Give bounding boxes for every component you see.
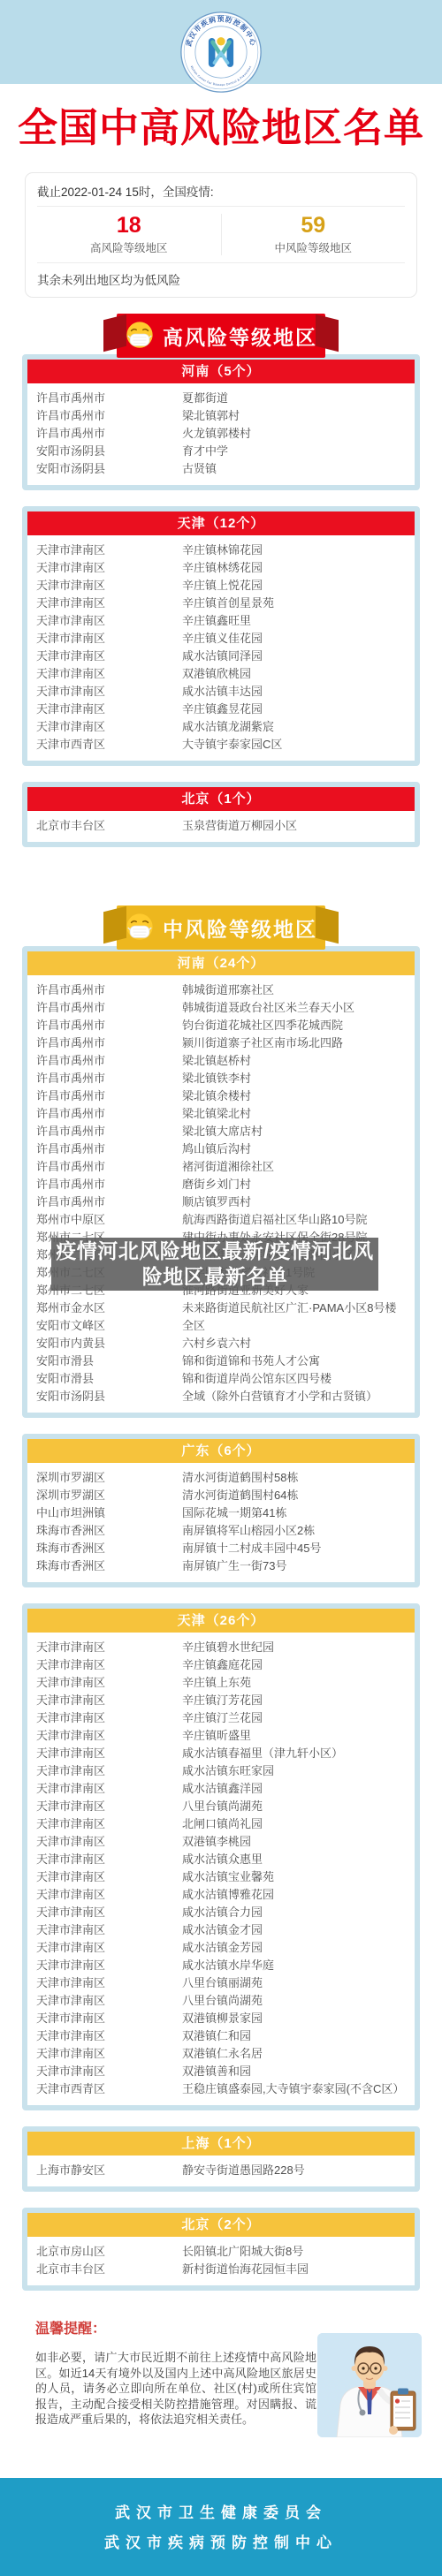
area-cell: 辛庄镇首创星景苑 [182,595,406,612]
area-cell: 辛庄镇碧水世纪园 [182,1639,406,1656]
region-cell: 许昌市禹州市 [36,1105,182,1123]
region-cell: 安阳市滑县 [36,1352,182,1370]
list-item: 天津市津南区咸水沽镇宝业馨苑 [36,1868,406,1886]
list-item: 许昌市禹州市韩城街道邢寨社区 [36,981,406,999]
list-item: 天津市津南区辛庄镇林绣花园 [36,559,406,577]
province-header: 广东（6个） [27,1439,415,1463]
area-cell: 韩城街道邢寨社区 [182,981,406,999]
region-cell: 许昌市禹州市 [36,1158,182,1176]
region-cell: 郑州市中原区 [36,1211,182,1229]
region-cell: 许昌市禹州市 [36,1176,182,1193]
list-item: 许昌市禹州市梁北镇郭村 [36,407,406,425]
list-item: 天津市津南区双港镇欣桃园 [36,665,406,683]
region-cell: 许昌市禹州市 [36,1017,182,1034]
list-item: 天津市西青区王稳庄镇盛泰园,大寺镇宇泰家园(不含C区） [36,2080,406,2098]
region-cell: 天津市津南区 [36,630,182,648]
region-cell: 北京市丰台区 [36,2261,182,2278]
area-cell: 航海西路街道启福社区华山路10号院 [182,1211,406,1229]
list-item: 许昌市禹州市梁北镇铁李村 [36,1070,406,1087]
list-item: 许昌市禹州市颍川街道寨子社区南市场北四路 [36,1034,406,1052]
page: 武汉市疾病预防控制中心 Wuhan Center For Disease Con… [0,0,442,2576]
list-item: 许昌市禹州市梁北镇余楼村 [36,1087,406,1105]
area-cell: 顺店镇罗西村 [182,1193,406,1211]
reminder-block: 温馨提醒： 如非必要，请广大市民近期不前往上述疫情中高风险地区。如近14天有境外… [35,2317,407,2451]
list-item: 天津市津南区咸水沽镇丰达园 [36,683,406,701]
area-cell: 磨街乡刘门村 [182,1176,406,1193]
region-cell: 天津市西青区 [36,736,182,754]
area-cell: 鸠山镇后沟村 [182,1140,406,1158]
region-cell: 珠海市香洲区 [36,1522,182,1540]
list-item: 天津市津南区咸水沽镇同泽园 [36,648,406,665]
region-cell: 许昌市禹州市 [36,999,182,1017]
region-cell: 天津市津南区 [36,1762,182,1780]
region-cell: 天津市津南区 [36,1851,182,1868]
medium-risk-label: 中风险等级地区 [222,239,406,255]
region-cell: 天津市津南区 [36,595,182,612]
list-item: 北京市丰台区新村街道怡海花园恒丰园 [36,2261,406,2278]
area-cell: 咸水沽镇同泽园 [182,648,406,665]
list-item: 天津市津南区辛庄镇义佳花园 [36,630,406,648]
region-cell: 北京市丰台区 [36,817,182,835]
list-item: 许昌市禹州市梁北镇梁北村 [36,1105,406,1123]
list-item: 安阳市滑县锦和街道岸尚公馆东区四号楼 [36,1370,406,1388]
list-item: 安阳市汤阴县古贤镇 [36,460,406,478]
region-cell: 天津市津南区 [36,1709,182,1727]
list-item: 天津市津南区八里台镇尚湖苑 [36,1992,406,2010]
area-cell: 辛庄镇林锦花园 [182,542,406,559]
high-risk-label: 高风险等级地区 [37,239,221,255]
area-cell: 梁北镇梁北村 [182,1105,406,1123]
region-cell: 安阳市文峰区 [36,1317,182,1335]
mask-emoji-icon [125,321,155,351]
area-cell: 梁北镇郭村 [182,407,406,425]
list-item: 天津市津南区咸水沽镇金芳园 [36,1939,406,1957]
region-cell: 天津市津南区 [36,1974,182,1992]
region-cell: 上海市静安区 [36,2162,182,2179]
province-header: 天津（12个） [27,511,415,535]
medium-risk-banner: 中风险等级地区 [117,905,325,950]
medium-risk-stat: 59 中风险等级地区 [221,214,406,255]
list-item: 郑州市中原区航海西路街道启福社区华山路10号院 [36,1211,406,1229]
rows: 许昌市禹州市夏都街道许昌市禹州市梁北镇郭村许昌市禹州市火龙镇郭楼村安阳市汤阴县育… [27,383,415,485]
area-cell: 辛庄镇义佳花园 [182,630,406,648]
region-cell: 天津市津南区 [36,2027,182,2045]
list-item: 天津市津南区咸水沽镇春福里（津九轩小区） [36,1745,406,1762]
area-cell: 清水河街道鹤围村58栋 [182,1469,406,1487]
list-item: 天津市津南区辛庄镇首创星景苑 [36,595,406,612]
region-cell: 许昌市禹州市 [36,1140,182,1158]
province-card: 北京（2个） 北京市房山区长阳镇北广阳城大街8号北京市丰台区新村街道怡海花园恒丰… [22,2208,420,2291]
area-cell: 南屏镇十二村成丰园中45号 [182,1540,406,1557]
list-item: 珠海市香洲区南屏镇广生一街73号 [36,1557,406,1575]
area-cell: 梁北镇铁李村 [182,1070,406,1087]
area-cell: 辛庄镇鑫旺里 [182,612,406,630]
list-item: 安阳市汤阴县育才中学 [36,443,406,460]
area-cell: 咸水沽镇水岸华庭 [182,1957,406,1974]
area-cell: 锦和街道岸尚公馆东区四号楼 [182,1370,406,1388]
list-item: 许昌市禹州市钧台街道花城社区四季花城西院 [36,1017,406,1034]
list-item: 天津市津南区咸水沽镇龙湖紫宸 [36,718,406,736]
region-cell: 中山市坦洲镇 [36,1504,182,1522]
province-header: 北京（1个） [27,787,415,811]
region-cell: 许昌市禹州市 [36,390,182,407]
area-cell: 咸水沽镇龙湖紫宸 [182,718,406,736]
region-cell: 许昌市禹州市 [36,1087,182,1105]
region-cell: 许昌市禹州市 [36,425,182,443]
list-item: 天津市津南区咸水沽镇金才园 [36,1921,406,1939]
list-item: 许昌市禹州市梁北镇赵桥村 [36,1052,406,1070]
province-card: 河南（5个） 许昌市禹州市夏都街道许昌市禹州市梁北镇郭村许昌市禹州市火龙镇郭楼村… [22,354,420,490]
high-risk-banner: 高风险等级地区 [117,314,325,358]
area-cell: 育才中学 [182,443,406,460]
medium-risk-count: 59 [222,214,406,238]
province-header: 北京（2个） [27,2213,415,2237]
region-cell: 天津市津南区 [36,1939,182,1957]
area-cell: 辛庄镇汀兰花园 [182,1709,406,1727]
province-header: 上海（1个） [27,2132,415,2156]
area-cell: 双港镇仁永名居 [182,2045,406,2063]
as-of-text: 截止2022-01-24 15时，全国疫情: [37,180,405,206]
region-cell: 天津市津南区 [36,701,182,718]
list-item: 天津市津南区双港镇柳景家园 [36,2010,406,2027]
page-title: 全国中高风险地区名单 [18,95,424,153]
province-card: 天津（26个） 天津市津南区辛庄镇碧水世纪园天津市津南区辛庄镇鑫庭花园天津市津南… [22,1603,420,2110]
footer-line1: 武汉市卫生健康委员会 [0,2500,442,2522]
area-cell: 咸水沽镇宝业馨苑 [182,1868,406,1886]
list-item: 天津市津南区咸水沽镇东旺家园 [36,1762,406,1780]
area-cell: 钧台街道花城社区四季花城西院 [182,1017,406,1034]
watermark-overlay: 疫情河北风险地区最新/疫情河北风险地区最新名单 [51,1238,378,1291]
list-item: 天津市津南区辛庄镇鑫庭花园 [36,1656,406,1674]
list-item: 天津市津南区辛庄镇汀兰花园 [36,1709,406,1727]
list-item: 许昌市禹州市韩城街道聂政台社区米兰春天小区 [36,999,406,1017]
region-cell: 天津市津南区 [36,2063,182,2080]
area-cell: 双港镇善和园 [182,2063,406,2080]
region-cell: 许昌市禹州市 [36,1123,182,1140]
area-cell: 双港镇李桃园 [182,1833,406,1851]
rows: 上海市静安区静安寺街道愚园路228号 [27,2156,415,2186]
list-item: 许昌市禹州市磨街乡刘门村 [36,1176,406,1193]
region-cell: 天津市津南区 [36,683,182,701]
area-cell: 北闸口镇尚礼园 [182,1815,406,1833]
province-card: 上海（1个） 上海市静安区静安寺街道愚园路228号 [22,2126,420,2192]
list-item: 天津市津南区辛庄镇上东苑 [36,1674,406,1692]
area-cell: 大寺镇宇泰家园C区 [182,736,406,754]
region-cell: 天津市津南区 [36,2045,182,2063]
region-cell: 安阳市滑县 [36,1370,182,1388]
region-cell: 珠海市香洲区 [36,1557,182,1575]
area-cell: 咸水沽镇博雅花园 [182,1886,406,1904]
list-item: 许昌市禹州市褚河街道湘徐社区 [36,1158,406,1176]
list-item: 天津市津南区咸水沽镇合力园 [36,1904,406,1921]
list-item: 天津市津南区辛庄镇碧水世纪园 [36,1639,406,1656]
area-cell: 咸水沽镇丰达园 [182,683,406,701]
doctor-icon [317,2333,422,2437]
area-cell: 梁北镇余楼村 [182,1087,406,1105]
region-cell: 安阳市汤阴县 [36,443,182,460]
region-cell: 天津市津南区 [36,1833,182,1851]
area-cell: 新村街道怡海花园恒丰园 [182,2261,406,2278]
region-cell: 天津市津南区 [36,1798,182,1815]
list-item: 许昌市禹州市顺店镇罗西村 [36,1193,406,1211]
region-cell: 天津市西青区 [36,2080,182,2098]
area-cell: 国际花城一期第41栋 [182,1504,406,1522]
list-item: 许昌市禹州市火龙镇郭楼村 [36,425,406,443]
area-cell: 双港镇仁和园 [182,2027,406,2045]
area-cell: 八里台镇丽湖苑 [182,1974,406,1992]
medium-risk-section: 中风险等级地区 河南（24个） 许昌市禹州市韩城街道邢寨社区许昌市禹州市韩城街道… [0,905,442,2291]
list-item: 许昌市禹州市梁北镇大席店村 [36,1123,406,1140]
region-cell: 深圳市罗湖区 [36,1487,182,1504]
area-cell: 颍川街道寨子社区南市场北四路 [182,1034,406,1052]
list-item: 天津市津南区辛庄镇汀芳花园 [36,1692,406,1709]
region-cell: 许昌市禹州市 [36,407,182,425]
region-cell: 天津市津南区 [36,1868,182,1886]
area-cell: 火龙镇郭楼村 [182,425,406,443]
area-cell: 双港镇欣桃园 [182,665,406,683]
low-risk-note: 其余未列出地区均为低风险 [37,263,405,290]
list-item: 深圳市罗湖区清水河街道鹤围村58栋 [36,1469,406,1487]
reminder-body: 如非必要，请广大市民近期不前往上述疫情中高风险地区。如近14天有境外以及国内上述… [35,2350,316,2428]
area-cell: 辛庄镇林绣花园 [182,559,406,577]
region-cell: 天津市津南区 [36,542,182,559]
rows: 天津市津南区辛庄镇林锦花园天津市津南区辛庄镇林绣花园天津市津南区辛庄镇上悦花园天… [27,535,415,761]
area-cell: 全区 [182,1317,406,1335]
region-cell: 北京市房山区 [36,2243,182,2261]
region-cell: 天津市津南区 [36,1957,182,1974]
high-risk-count: 18 [37,214,221,238]
area-cell: 八里台镇尚湖苑 [182,1798,406,1815]
rows: 北京市丰台区玉泉营街道万柳园小区 [27,811,415,842]
rows: 许昌市禹州市韩城街道邢寨社区许昌市禹州市韩城街道聂政台社区米兰春天小区许昌市禹州… [27,975,415,1413]
area-cell: 清水河街道鹤围村64栋 [182,1487,406,1504]
footer: 武汉市卫生健康委员会 武汉市疾病预防控制中心 [0,2478,442,2576]
area-cell: 咸水沽镇东旺家园 [182,1762,406,1780]
area-cell: 咸水沽镇合力园 [182,1904,406,1921]
list-item: 天津市津南区辛庄镇鑫旺里 [36,612,406,630]
list-item: 天津市津南区双港镇仁永名居 [36,2045,406,2063]
area-cell: 王稳庄镇盛泰园,大寺镇宇泰家园(不含C区） [182,2080,406,2098]
province-card: 河南（24个） 许昌市禹州市韩城街道邢寨社区许昌市禹州市韩城街道聂政台社区米兰春… [22,946,420,1418]
list-item: 安阳市文峰区全区 [36,1317,406,1335]
area-cell: 长阳镇北广阳城大街8号 [182,2243,406,2261]
risk-banner-label: 中风险等级地区 [163,913,317,943]
area-cell: 辛庄镇汀芳花园 [182,1692,406,1709]
area-cell: 古贤镇 [182,460,406,478]
high-risk-stat: 18 高风险等级地区 [37,214,221,255]
area-cell: 咸水沽镇众惠里 [182,1851,406,1868]
area-cell: 锦和街道锦和书苑人才公寓 [182,1352,406,1370]
area-cell: 咸水沽镇金才园 [182,1921,406,1939]
list-item: 珠海市香洲区南屏镇将军山榕园小区2栋 [36,1522,406,1540]
region-cell: 天津市津南区 [36,1639,182,1656]
risk-banner-label: 高风险等级地区 [163,322,317,351]
area-cell: 玉泉营街道万柳园小区 [182,817,406,835]
region-cell: 深圳市罗湖区 [36,1469,182,1487]
area-cell: 夏都街道 [182,390,406,407]
stats-card: 截止2022-01-24 15时，全国疫情: 18 高风险等级地区 59 中风险… [25,172,417,298]
list-item: 天津市西青区大寺镇宇泰家园C区 [36,736,406,754]
list-item: 珠海市香洲区南屏镇十二村成丰园中45号 [36,1540,406,1557]
region-cell: 天津市津南区 [36,665,182,683]
region-cell: 天津市津南区 [36,2010,182,2027]
stats-columns: 18 高风险等级地区 59 中风险等级地区 [37,206,405,263]
area-cell: 梁北镇大席店村 [182,1123,406,1140]
area-cell: 辛庄镇上悦花园 [182,577,406,595]
title-area: 全国中高风险地区名单 [0,84,442,163]
region-cell: 天津市津南区 [36,1692,182,1709]
footer-line2: 武汉市疾病预防控制中心 [0,2530,442,2552]
region-cell: 天津市津南区 [36,1727,182,1745]
area-cell: 咸水沽镇金芳园 [182,1939,406,1957]
area-cell: 咸水沽镇春福里（津九轩小区） [182,1745,406,1762]
list-item: 天津市津南区北闸口镇尚礼园 [36,1815,406,1833]
list-item: 天津市津南区咸水沽镇众惠里 [36,1851,406,1868]
region-cell: 安阳市汤阴县 [36,1388,182,1405]
list-item: 天津市津南区辛庄镇上悦花园 [36,577,406,595]
region-cell: 许昌市禹州市 [36,1052,182,1070]
region-cell: 天津市津南区 [36,1656,182,1674]
region-cell: 天津市津南区 [36,1674,182,1692]
area-cell: 咸水沽镇鑫洋园 [182,1780,406,1798]
groups: 河南（5个） 许昌市禹州市夏都街道许昌市禹州市梁北镇郭村许昌市禹州市火龙镇郭楼村… [0,354,442,847]
region-cell: 天津市津南区 [36,1992,182,2010]
region-cell: 许昌市禹州市 [36,981,182,999]
list-item: 天津市津南区八里台镇丽湖苑 [36,1974,406,1992]
list-item: 安阳市内黄县六村乡袁六村 [36,1335,406,1352]
region-cell: 天津市津南区 [36,1745,182,1762]
province-card: 北京（1个） 北京市丰台区玉泉营街道万柳园小区 [22,782,420,847]
doctor-illustration [317,2333,422,2437]
list-item: 天津市津南区辛庄镇林锦花园 [36,542,406,559]
region-cell: 天津市津南区 [36,577,182,595]
region-cell: 许昌市禹州市 [36,1070,182,1087]
list-item: 郑州市金水区未来路街道民航社区广汇·PAMA小区8号楼 [36,1299,406,1317]
region-cell: 天津市津南区 [36,1886,182,1904]
area-cell: 未来路街道民航社区广汇·PAMA小区8号楼 [182,1299,406,1317]
region-cell: 安阳市内黄县 [36,1335,182,1352]
region-cell: 天津市津南区 [36,1921,182,1939]
region-cell: 珠海市香洲区 [36,1540,182,1557]
area-cell: 南屏镇广生一街73号 [182,1557,406,1575]
area-cell: 八里台镇尚湖苑 [182,1992,406,2010]
region-cell: 天津市津南区 [36,1780,182,1798]
area-cell: 韩城街道聂政台社区米兰春天小区 [182,999,406,1017]
list-item: 天津市津南区咸水沽镇鑫洋园 [36,1780,406,1798]
groups: 河南（24个） 许昌市禹州市韩城街道邢寨社区许昌市禹州市韩城街道聂政台社区米兰春… [0,946,442,2291]
area-cell: 全域（除外白营镇育才小学和古贤镇） [182,1388,406,1405]
region-cell: 安阳市汤阴县 [36,460,182,478]
region-cell: 天津市津南区 [36,1904,182,1921]
area-cell: 褚河街道湘徐社区 [182,1158,406,1176]
rows: 天津市津南区辛庄镇碧水世纪园天津市津南区辛庄镇鑫庭花园天津市津南区辛庄镇上东苑天… [27,1633,415,2105]
area-cell: 南屏镇将军山榕园小区2栋 [182,1522,406,1540]
list-item: 天津市津南区双港镇善和园 [36,2063,406,2080]
list-item: 许昌市禹州市鸠山镇后沟村 [36,1140,406,1158]
province-card: 广东（6个） 深圳市罗湖区清水河街道鹤围村58栋深圳市罗湖区清水河街道鹤围村64… [22,1434,420,1587]
list-item: 天津市津南区八里台镇尚湖苑 [36,1798,406,1815]
list-item: 上海市静安区静安寺街道愚园路228号 [36,2162,406,2179]
region-cell: 天津市津南区 [36,559,182,577]
province-card: 天津（12个） 天津市津南区辛庄镇林锦花园天津市津南区辛庄镇林绣花园天津市津南区… [22,506,420,766]
region-cell: 天津市津南区 [36,612,182,630]
list-item: 深圳市罗湖区清水河街道鹤围村64栋 [36,1487,406,1504]
area-cell: 辛庄镇昕盛里 [182,1727,406,1745]
list-item: 安阳市汤阴县全域（除外白营镇育才小学和古贤镇） [36,1388,406,1405]
list-item: 北京市丰台区玉泉营街道万柳园小区 [36,817,406,835]
region-cell: 郑州市金水区 [36,1299,182,1317]
list-item: 天津市津南区双港镇仁和园 [36,2027,406,2045]
list-item: 北京市房山区长阳镇北广阳城大街8号 [36,2243,406,2261]
province-header: 天津（26个） [27,1609,415,1633]
high-risk-section: 高风险等级地区 河南（5个） 许昌市禹州市夏都街道许昌市禹州市梁北镇郭村许昌市禹… [0,314,442,847]
rows: 北京市房山区长阳镇北广阳城大街8号北京市丰台区新村街道怡海花园恒丰园 [27,2237,415,2285]
area-cell: 辛庄镇上东苑 [182,1674,406,1692]
list-item: 天津市津南区辛庄镇昕盛里 [36,1727,406,1745]
region-cell: 许昌市禹州市 [36,1034,182,1052]
mask-emoji-icon [125,913,155,943]
region-cell: 天津市津南区 [36,718,182,736]
list-item: 天津市津南区辛庄镇鑫昱花园 [36,701,406,718]
area-cell: 梁北镇赵桥村 [182,1052,406,1070]
region-cell: 许昌市禹州市 [36,1193,182,1211]
area-cell: 双港镇柳景家园 [182,2010,406,2027]
region-cell: 天津市津南区 [36,1815,182,1833]
list-item: 许昌市禹州市夏都街道 [36,390,406,407]
area-cell: 辛庄镇鑫庭花园 [182,1656,406,1674]
list-item: 天津市津南区双港镇李桃园 [36,1833,406,1851]
list-item: 安阳市滑县锦和街道锦和书苑人才公寓 [36,1352,406,1370]
rows: 深圳市罗湖区清水河街道鹤围村58栋深圳市罗湖区清水河街道鹤围村64栋中山市坦洲镇… [27,1463,415,1582]
list-item: 天津市津南区咸水沽镇水岸华庭 [36,1957,406,1974]
area-cell: 六村乡袁六村 [182,1335,406,1352]
province-header: 河南（5个） [27,360,415,383]
province-header: 河南（24个） [27,951,415,975]
area-cell: 辛庄镇鑫昱花园 [182,701,406,718]
region-cell: 天津市津南区 [36,648,182,665]
wuhan-cdc-logo-icon: 武汉市疾病预防控制中心 Wuhan Center For Disease Con… [179,11,263,94]
area-cell: 静安寺街道愚园路228号 [182,2162,406,2179]
list-item: 天津市津南区咸水沽镇博雅花园 [36,1886,406,1904]
top-band: 武汉市疾病预防控制中心 Wuhan Center For Disease Con… [0,0,442,84]
list-item: 中山市坦洲镇国际花城一期第41栋 [36,1504,406,1522]
